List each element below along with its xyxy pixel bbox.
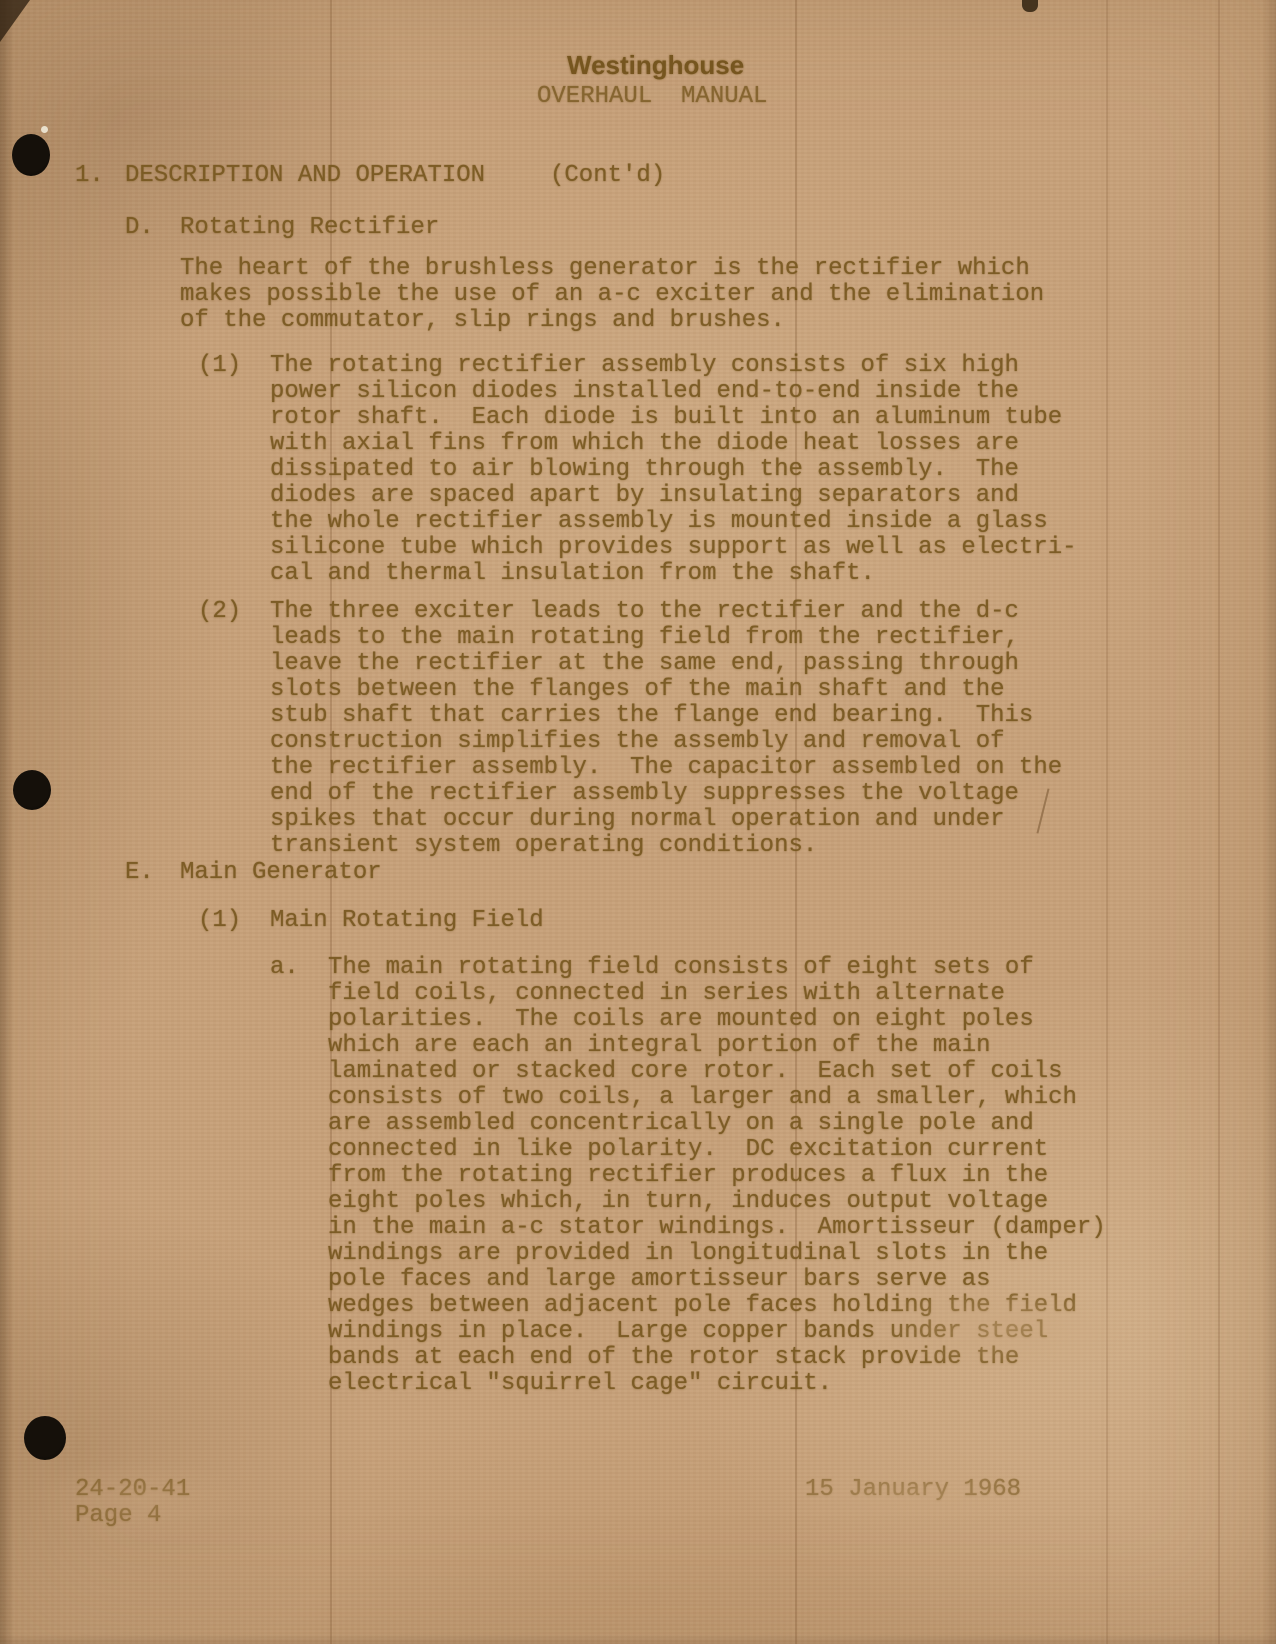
paper-speck [41, 126, 48, 133]
hole-punch-bottom [24, 1416, 66, 1460]
item-1-paragraph: The rotating rectifier assembly consists… [270, 353, 1077, 587]
hole-punch-top [12, 134, 50, 176]
subsection-e-letter: E. [125, 860, 154, 886]
e-item-1-title: Main Rotating Field [270, 908, 544, 934]
footer-date: 15 January 1968 [805, 1477, 1021, 1503]
item-1-marker: (1) [198, 353, 241, 379]
e-item-1-marker: (1) [198, 908, 241, 934]
section-continuation: (Cont'd) [550, 163, 665, 189]
item-a-paragraph: The main rotating field consists of eigh… [328, 955, 1106, 1397]
subsection-e-title: Main Generator [180, 860, 382, 886]
subsection-d-intro-paragraph: The heart of the brushless generator is … [180, 256, 1044, 334]
binder-mark [1022, 0, 1038, 12]
scanned-manual-page: Westinghouse OVERHAUL MANUAL 1. DESCRIPT… [0, 0, 1276, 1644]
footer-doc-number: 24-20-41 [75, 1477, 190, 1503]
section-title: DESCRIPTION AND OPERATION [125, 163, 485, 189]
hole-punch-middle [13, 770, 51, 810]
paper-crease-line [1106, 0, 1108, 1644]
item-2-marker: (2) [198, 599, 241, 625]
subsection-d-letter: D. [125, 215, 154, 241]
paper-crease-line [1218, 0, 1220, 1644]
manual-title: OVERHAUL MANUAL [537, 84, 767, 110]
section-number: 1. [75, 163, 104, 189]
subsection-d-title: Rotating Rectifier [180, 215, 439, 241]
item-2-paragraph: The three exciter leads to the rectifier… [270, 599, 1062, 859]
page-corner-shadow [0, 0, 30, 42]
item-a-marker: a. [270, 955, 299, 981]
brand-logotype: Westinghouse [567, 50, 744, 81]
footer-page-label: Page 4 [75, 1503, 161, 1529]
